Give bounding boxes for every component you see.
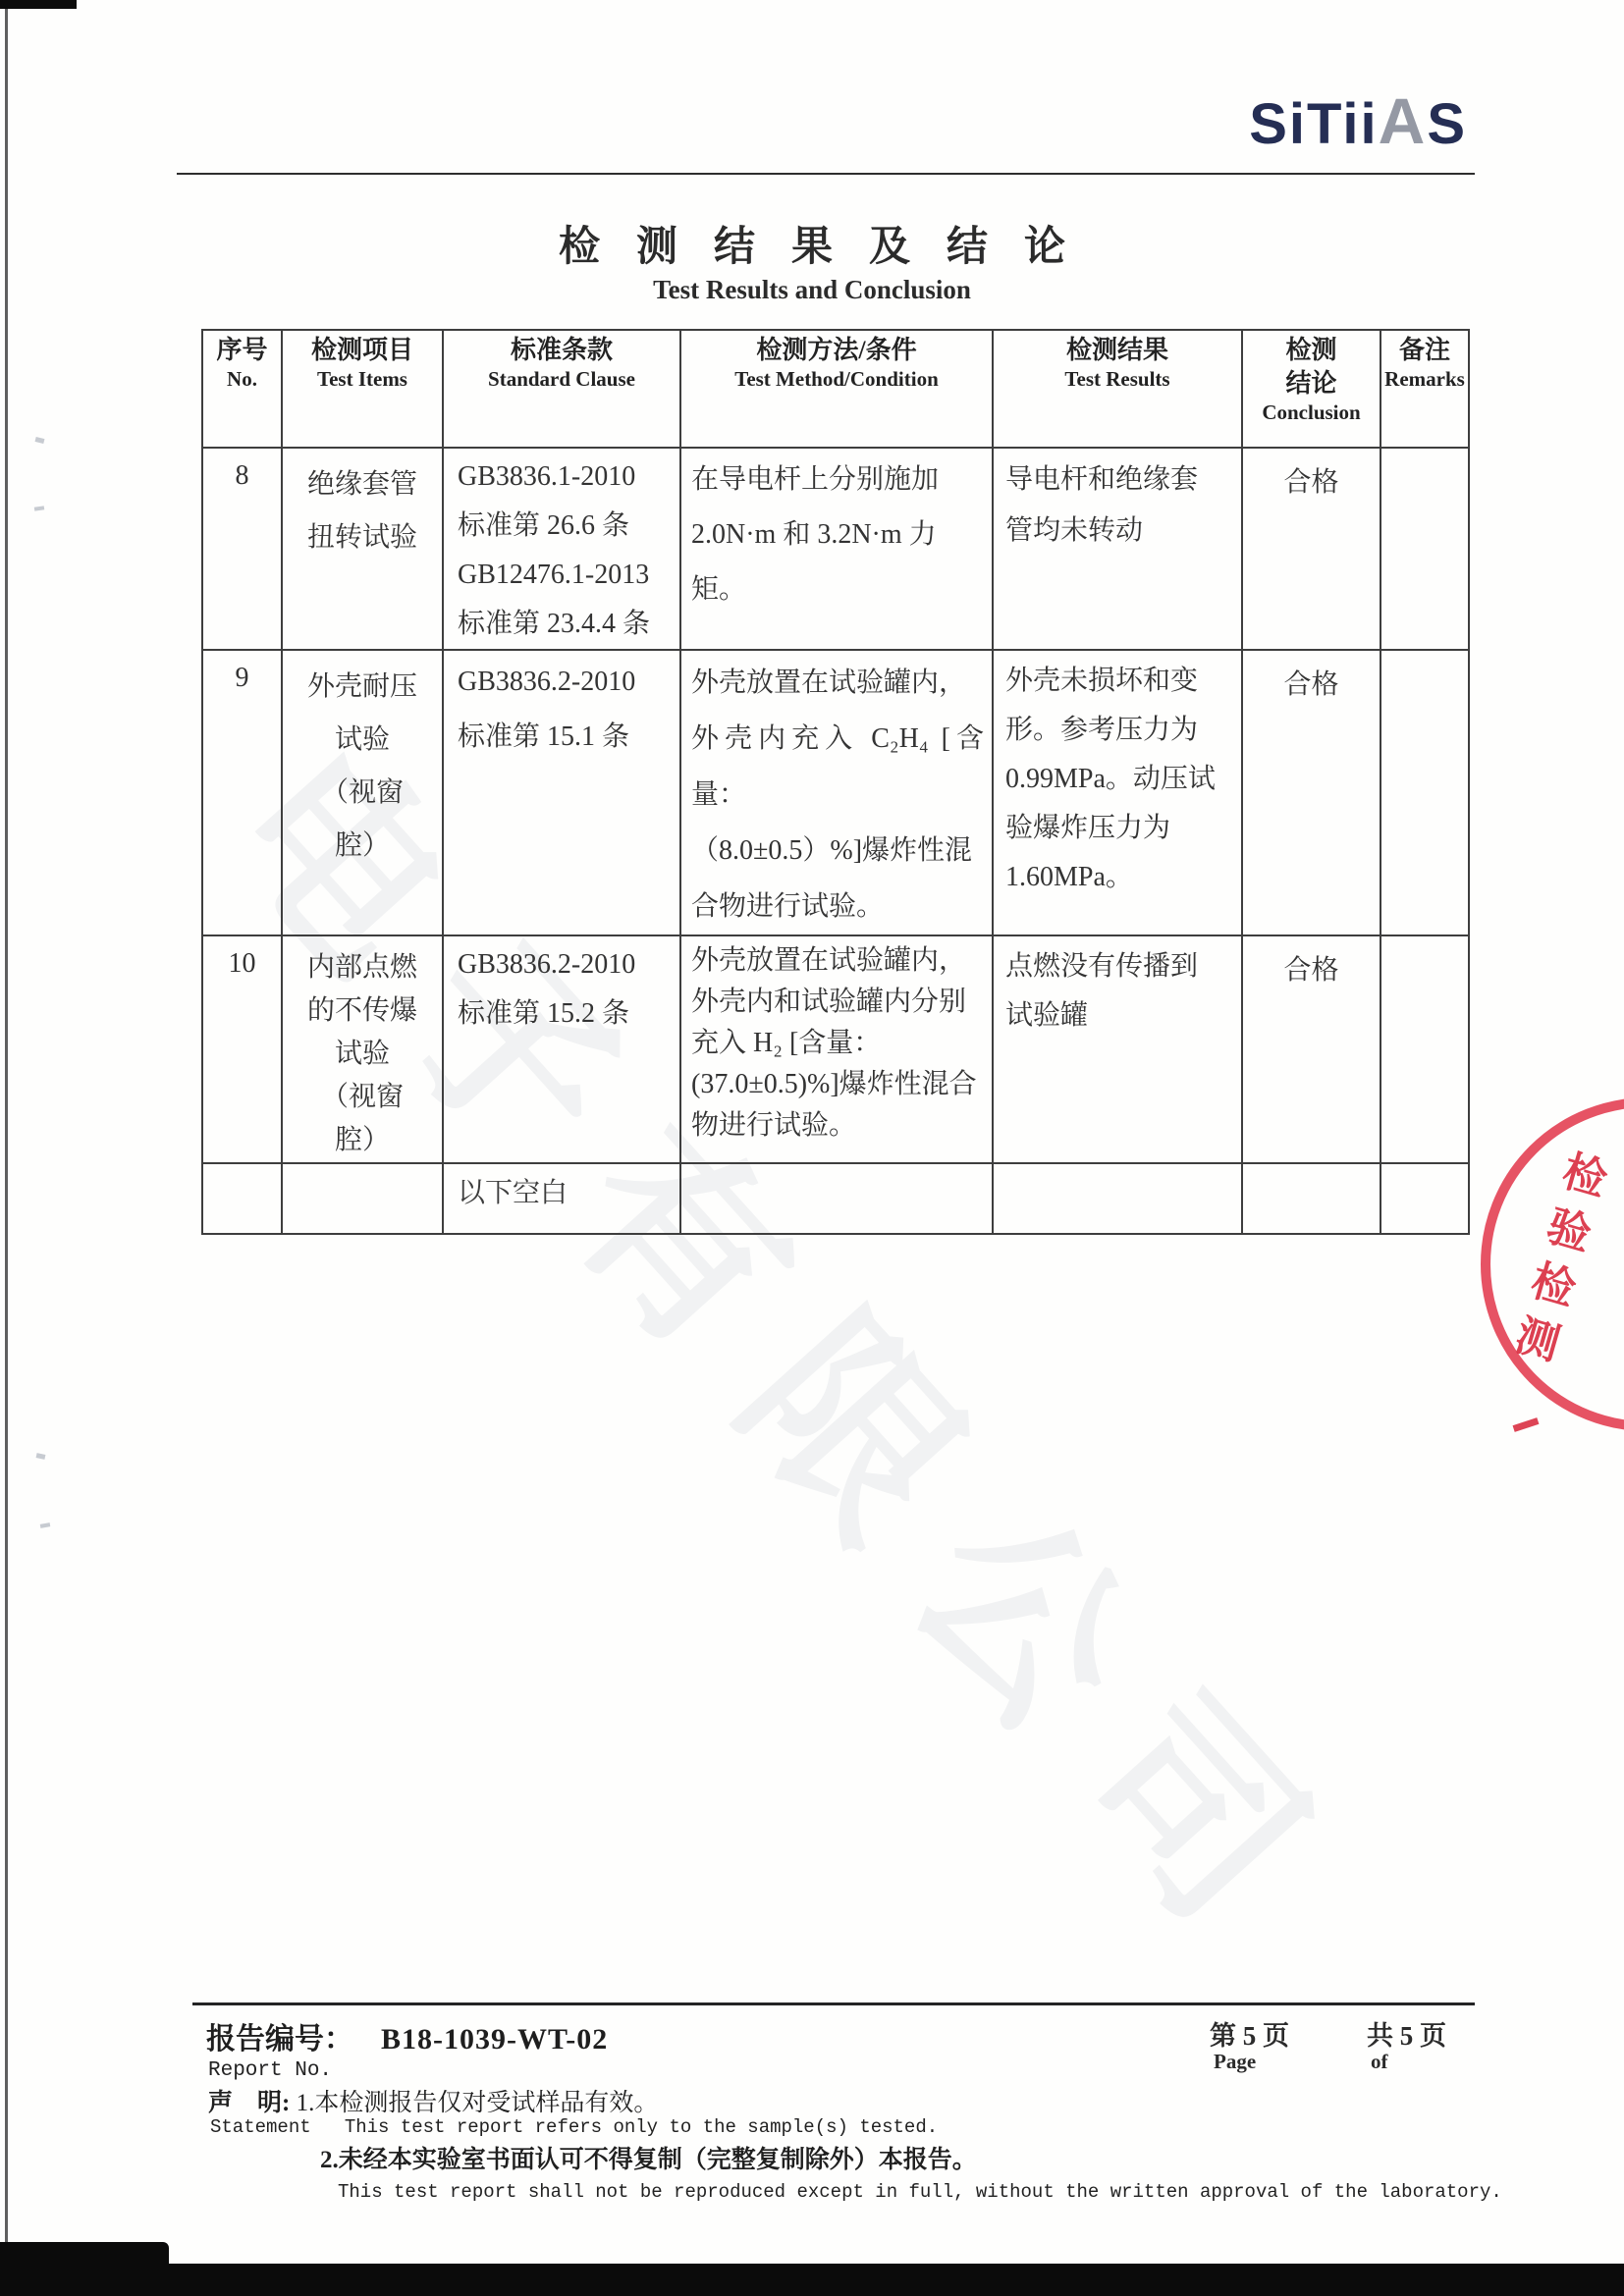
scanned-test-report-page: 电子有限公司 SiTiiAS 检测结果及结论 Test Results and … [0, 0, 1624, 2296]
table-blank-row: 以下空白 [202, 1163, 1469, 1234]
blank-note: 以下空白 [443, 1163, 680, 1234]
header-test-results: 检测结果Test Results [993, 330, 1242, 448]
scan-edge-top [0, 0, 77, 9]
page-title: 检测结果及结论 [0, 214, 1624, 273]
blank-method [680, 1163, 993, 1234]
row10-remarks [1380, 935, 1469, 1163]
row8-clause: GB3836.1-2010 标准第 26.6 条 GB12476.1-2013 … [443, 448, 680, 650]
page-total-en: of [1371, 2050, 1388, 2074]
row8-item: 绝缘套管 扭转试验 [282, 448, 443, 650]
blank-no [202, 1163, 282, 1234]
row9-result: 外壳未损坏和变 形。参考压力为 0.99MPa。动压试 验爆炸压力为 1.60M… [993, 650, 1242, 935]
report-number-label-en: Report No. [208, 2059, 332, 2082]
page-number-zh: 第 5 页 [1210, 2014, 1289, 2053]
header-divider-line [177, 173, 1475, 175]
scan-edge-left [5, 0, 8, 2296]
row9-no: 9 [202, 650, 282, 935]
header-standard-clause: 标准条款Standard Clause [443, 330, 680, 448]
row10-item: 内部点燃 的不传爆 试验 （视窗 腔） [282, 935, 443, 1163]
report-number-value: B18-1039-WT-02 [381, 2023, 608, 2056]
header-test-items: 检测项目Test Items [282, 330, 443, 448]
table-row-10: 10 内部点燃 的不传爆 试验 （视窗 腔） GB3836.2-2010 标准第… [202, 935, 1469, 1163]
report-number-line: 报告编号：B18-1039-WT-02 [206, 2014, 608, 2057]
row10-method: 外壳放置在试验罐内， 外壳内和试验罐内分别 充入 H₂ [含量： (37.0±0… [680, 935, 993, 1163]
statement-line1-zh: 声 明: 1.本检测报告仅对受试样品有效。 [208, 2083, 658, 2118]
page-total-zh: 共 5 页 [1367, 2014, 1446, 2053]
scan-edge-bottom-left [0, 2242, 169, 2268]
test-results-table: 序号No. 检测项目Test Items 标准条款Standard Clause… [201, 329, 1470, 1235]
row8-method: 在导电杆上分别施加 2.0N·m 和 3.2N·m 力 矩。 [680, 448, 993, 650]
row10-clause: GB3836.2-2010 标准第 15.2 条 [443, 935, 680, 1163]
page-number-en: Page [1214, 2050, 1256, 2074]
logo-text-left: SiTii [1249, 92, 1378, 156]
scan-artifact [36, 1453, 46, 1460]
logo-text-right: S [1427, 92, 1467, 156]
scan-artifact [34, 506, 44, 510]
row9-conclusion: 合格 [1242, 650, 1380, 935]
statement-line2-en: This test report shall not be reproduced… [338, 2181, 1502, 2203]
row9-clause: GB3836.2-2010 标准第 15.1 条 [443, 650, 680, 935]
footer-divider-line [192, 2002, 1475, 2005]
blank-remarks [1380, 1163, 1469, 1234]
page-subtitle: Test Results and Conclusion [0, 275, 1624, 305]
blank-conclusion [1242, 1163, 1380, 1234]
blank-result [993, 1163, 1242, 1234]
row10-conclusion: 合格 [1242, 935, 1380, 1163]
row10-no: 10 [202, 935, 282, 1163]
header-remarks: 备注Remarks [1380, 330, 1469, 448]
row8-no: 8 [202, 448, 282, 650]
row8-conclusion: 合格 [1242, 448, 1380, 650]
statement-label-zh: 声 明: [208, 2090, 297, 2116]
scan-artifact [35, 437, 45, 444]
table-row-9: 9 外壳耐压 试验 （视窗 腔） GB3836.2-2010 标准第 15.1 … [202, 650, 1469, 935]
table-header-row: 序号No. 检测项目Test Items 标准条款Standard Clause… [202, 330, 1469, 448]
table-row-8: 8 绝缘套管 扭转试验 GB3836.1-2010 标准第 26.6 条 GB1… [202, 448, 1469, 650]
header-no: 序号No. [202, 330, 282, 448]
logo-letter-a: A [1379, 84, 1428, 157]
red-stamp-text: 检验检测专用章 [1482, 1143, 1616, 1414]
row8-remarks [1380, 448, 1469, 650]
statement-label-en: Statement [210, 2116, 345, 2138]
red-stamp-mark [1513, 1417, 1540, 1432]
statement-line2-zh: 2.未经本实验室书面认可不得复制（完整复制除外）本报告。 [320, 2140, 977, 2175]
report-number-label: 报告编号： [206, 2023, 353, 2056]
scan-artifact [40, 1522, 51, 1528]
row10-result: 点燃没有传播到 试验罐 [993, 935, 1242, 1163]
blank-item [282, 1163, 443, 1234]
row8-result: 导电杆和绝缘套 管均未转动 [993, 448, 1242, 650]
row9-method: 外壳放置在试验罐内， 外壳内充入 C₂H₄ [含量： （8.0±0.5）%]爆炸… [680, 650, 993, 935]
scan-edge-bottom [0, 2264, 1624, 2296]
header-conclusion: 检测 结论Conclusion [1242, 330, 1380, 448]
statement-line1-en: Statement This test report refers only t… [210, 2116, 938, 2138]
red-stamp-circle [1481, 1097, 1624, 1431]
row9-item: 外壳耐压 试验 （视窗 腔） [282, 650, 443, 935]
sitiias-logo: SiTiiAS [1249, 88, 1467, 153]
header-test-method: 检测方法/条件Test Method/Condition [680, 330, 993, 448]
row9-remarks [1380, 650, 1469, 935]
